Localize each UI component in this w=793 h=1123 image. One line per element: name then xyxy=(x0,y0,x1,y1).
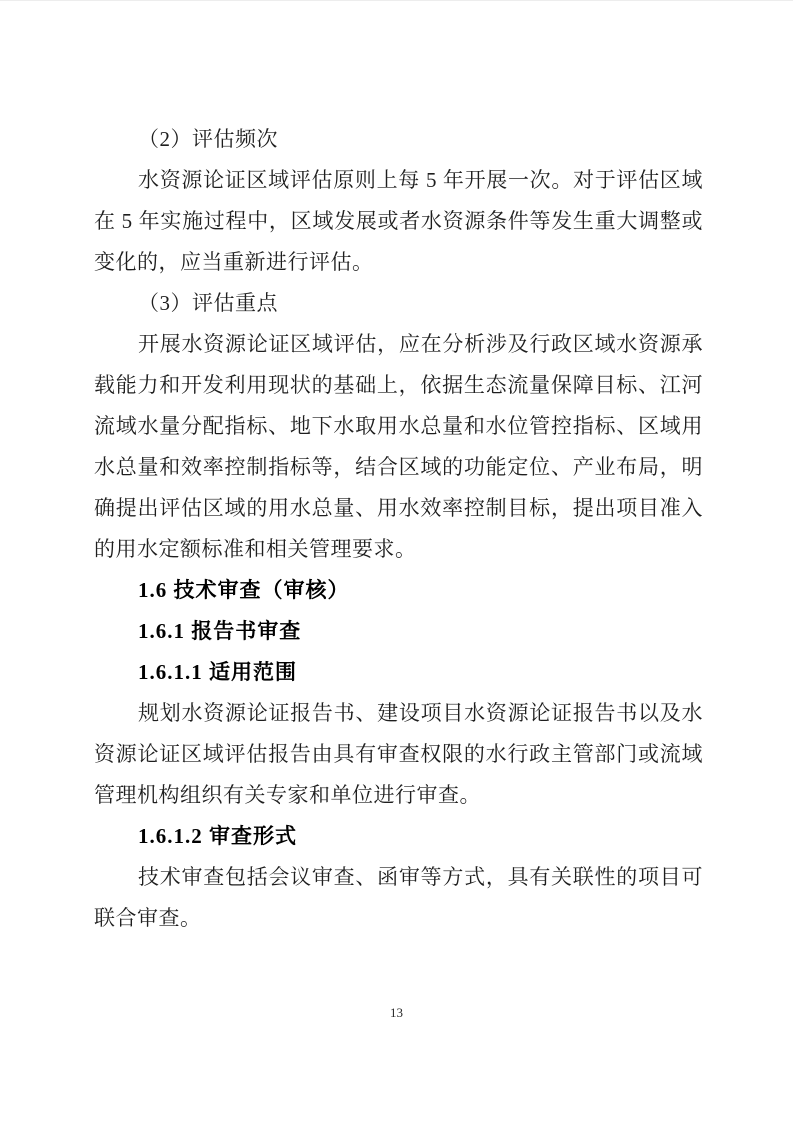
paragraph-review-form: 技术审查包括会议审查、函审等方式，具有关联性的项目可 联合审查。 xyxy=(94,857,703,939)
page-number: 13 xyxy=(0,1004,793,1022)
heading-text: 1.6.1.2 审查形式 xyxy=(94,816,703,857)
section-heading-1-6-1-1: 1.6.1.1 适用范围 xyxy=(94,652,703,693)
document-page: （2）评估频次 水资源论证区域评估原则上每 5 年开展一次。对于评估区域 在 5… xyxy=(0,0,793,1123)
heading-text: 1.6.1.1 适用范围 xyxy=(94,652,703,693)
text-line: 规划水资源论证报告书、建设项目水资源论证报告书以及水 xyxy=(94,693,703,734)
heading-text: 1.6 技术审查（审核） xyxy=(94,570,703,611)
paragraph-label-eval-focus: （3）评估重点 xyxy=(94,283,703,324)
paragraph-eval-focus: 开展水资源论证区域评估，应在分析涉及行政区域水资源承 载能力和开发利用现状的基础… xyxy=(94,324,703,570)
text-line: 流域水量分配指标、地下水取用水总量和水位管控指标、区域用 xyxy=(94,406,703,447)
heading-text: 1.6.1 报告书审查 xyxy=(94,611,703,652)
text-line: 技术审查包括会议审查、函审等方式，具有关联性的项目可 xyxy=(94,857,703,898)
text-line: 水总量和效率控制指标等，结合区域的功能定位、产业布局，明 xyxy=(94,447,703,488)
text-line: （3）评估重点 xyxy=(94,283,703,324)
text-line: 载能力和开发利用现状的基础上，依据生态流量保障目标、江河 xyxy=(94,365,703,406)
page-body-text: （2）评估频次 水资源论证区域评估原则上每 5 年开展一次。对于评估区域 在 5… xyxy=(94,119,703,939)
text-line: （2）评估频次 xyxy=(94,119,703,160)
section-heading-1-6-1-2: 1.6.1.2 审查形式 xyxy=(94,816,703,857)
text-line: 联合审查。 xyxy=(94,898,703,939)
text-line: 管理机构组织有关专家和单位进行审查。 xyxy=(94,775,703,816)
section-heading-1-6: 1.6 技术审查（审核） xyxy=(94,570,703,611)
text-line: 开展水资源论证区域评估，应在分析涉及行政区域水资源承 xyxy=(94,324,703,365)
text-line: 确提出评估区域的用水总量、用水效率控制目标，提出项目准入 xyxy=(94,488,703,529)
text-line: 资源论证区域评估报告由具有审查权限的水行政主管部门或流域 xyxy=(94,734,703,775)
paragraph-eval-frequency: 水资源论证区域评估原则上每 5 年开展一次。对于评估区域 在 5 年实施过程中，… xyxy=(94,160,703,283)
section-heading-1-6-1: 1.6.1 报告书审查 xyxy=(94,611,703,652)
paragraph-label-eval-frequency: （2）评估频次 xyxy=(94,119,703,160)
text-line: 水资源论证区域评估原则上每 5 年开展一次。对于评估区域 xyxy=(94,160,703,201)
paragraph-applicable-scope: 规划水资源论证报告书、建设项目水资源论证报告书以及水 资源论证区域评估报告由具有… xyxy=(94,693,703,816)
text-line: 变化的，应当重新进行评估。 xyxy=(94,242,703,283)
text-line: 在 5 年实施过程中，区域发展或者水资源条件等发生重大调整或 xyxy=(94,201,703,242)
text-line: 的用水定额标准和相关管理要求。 xyxy=(94,529,703,570)
